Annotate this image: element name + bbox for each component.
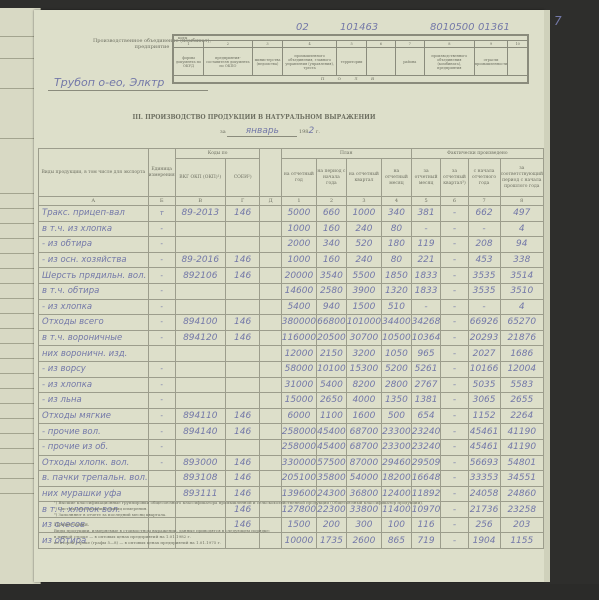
fact-prev-cell: 1155 <box>500 533 543 549</box>
plan-quarter-cell: 87000 <box>346 455 381 471</box>
fact-quarter-cell: - <box>441 377 468 393</box>
year-value: 2 <box>308 126 314 136</box>
soei-code-cell <box>225 377 260 393</box>
product-name-cell: Шерсть прядильн. вол. <box>39 268 149 284</box>
fact-quarter-cell: - <box>441 533 468 549</box>
codes-bottom-label: П О Л Я <box>174 76 528 83</box>
code-value-4: 02 <box>296 22 309 33</box>
soei-code-cell: 146 <box>225 330 260 346</box>
unit-cell: - <box>148 424 175 440</box>
soei-code-cell: 146 <box>225 455 260 471</box>
fact-ytd-cell: - <box>468 299 500 315</box>
plan-month-cell: 1320 <box>382 283 412 299</box>
plan-period-cell: 45400 <box>317 439 347 455</box>
fact-prev-cell: 497 <box>500 206 543 222</box>
table-row: Шерсть прядильн. вол.-892106146200003540… <box>39 268 544 284</box>
col-d-cell <box>260 330 281 346</box>
page-edge <box>544 10 550 582</box>
plan-period-cell: 660 <box>317 206 347 222</box>
footnotes: ¹) Высшие классификационные группировки … <box>54 500 423 546</box>
fact-quarter-cell: - <box>441 252 468 268</box>
unit-cell: - <box>148 455 175 471</box>
table-row: - прочие из об.-258000454006870023300232… <box>39 439 544 455</box>
fact-quarter-cell: - <box>441 439 468 455</box>
fact-prev-cell: 94 <box>500 237 543 253</box>
product-name-cell: в т.ч. из хлопка <box>39 221 149 237</box>
plan-year-cell: 258000 <box>281 439 316 455</box>
fact-month-cell: - <box>411 299 441 315</box>
plan-period-cell: 160 <box>317 252 347 268</box>
table-row: - из хлопка-310005400820028002767-503555… <box>39 377 544 393</box>
fact-month-cell: 381 <box>411 206 441 222</box>
col-group-fact: Фактически произведено <box>411 149 543 159</box>
section-title: III. ПРОИЗВОДСТВО ПРОДУКЦИИ В НАТУРАЛЬНО… <box>104 114 404 121</box>
plan-quarter-cell: 1000 <box>346 206 381 222</box>
product-name-cell: - прочие из об. <box>39 439 149 455</box>
plan-period-cell: 5400 <box>317 377 347 393</box>
letter: Д <box>260 197 281 206</box>
plan-quarter-cell: 3200 <box>346 346 381 362</box>
soei-code-cell <box>225 221 260 237</box>
table-row: - из ворсу-58000101001530052005261-10166… <box>39 361 544 377</box>
vkg-code-cell <box>175 221 225 237</box>
plan-year-cell: 31000 <box>281 377 316 393</box>
soei-code-cell: 146 <box>225 252 260 268</box>
table-row: в т.ч. из хлопка-100016024080---4 <box>39 221 544 237</box>
fact-quarter-cell: - <box>441 424 468 440</box>
product-name-cell: них вороничн. изд. <box>39 346 149 362</box>
unit-cell: - <box>148 268 175 284</box>
col-d-cell <box>260 471 281 487</box>
plan-month-cell: 18200 <box>382 471 412 487</box>
fact-ytd-cell: 10166 <box>468 361 500 377</box>
vkg-code-cell <box>175 346 225 362</box>
code-col-label: промышленного объединения, главного упра… <box>283 48 337 76</box>
col-d-cell <box>260 221 281 237</box>
col-d-cell <box>260 299 281 315</box>
soei-code-cell <box>225 237 260 253</box>
code-col-label: отрасли промышленности <box>474 48 508 76</box>
fact-prev-cell: 5583 <box>500 377 543 393</box>
col-d-cell <box>260 346 281 362</box>
plan-month-cell: 180 <box>382 237 412 253</box>
soei-code-cell <box>225 283 260 299</box>
plan-year-cell: 330000 <box>281 455 316 471</box>
product-name-cell: - из обтира <box>39 237 149 253</box>
fact-prev-cell: 2264 <box>500 408 543 424</box>
plan-year-cell: 15000 <box>281 393 316 409</box>
plan-year-cell: 5000 <box>281 206 316 222</box>
column-letter-row: А Б В Г Д 1 2 3 4 5 6 7 8 <box>39 197 544 206</box>
plan-period-cell: 940 <box>317 299 347 315</box>
fact-quarter-cell: - <box>441 346 468 362</box>
fact-quarter-cell: - <box>441 268 468 284</box>
form-page: 7 Производственное объединение (комбинат… <box>34 10 544 582</box>
plan-quarter-cell: 54000 <box>346 471 381 487</box>
product-name-cell: - из осн. хозяйства <box>39 252 149 268</box>
vkg-code-cell: 894110 <box>175 408 225 424</box>
vkg-code-cell: 894140 <box>175 424 225 440</box>
plan-month-cell: 1350 <box>382 393 412 409</box>
fact-ytd-cell: 453 <box>468 252 500 268</box>
col-d-cell <box>260 455 281 471</box>
plan-period-cell: 45400 <box>317 424 347 440</box>
plan-month-cell: 80 <box>382 252 412 268</box>
letter: Г <box>225 197 260 206</box>
plan-period-cell: 20500 <box>317 330 347 346</box>
plan-year-cell: 2000 <box>281 237 316 253</box>
vkg-code-cell <box>175 393 225 409</box>
plan-quarter-cell: 240 <box>346 221 381 237</box>
vkg-code-cell: 894120 <box>175 330 225 346</box>
letter: 4 <box>382 197 412 206</box>
fact-ytd-cell: 5035 <box>468 377 500 393</box>
soei-code-cell <box>225 393 260 409</box>
col-fact-prev: за соответствующий период с начала прошл… <box>500 159 543 197</box>
page-number: 7 <box>554 14 562 28</box>
fact-month-cell: 34268 <box>411 315 441 331</box>
table-row: - из обтира-2000340520180119-20894 <box>39 237 544 253</box>
soei-code-cell: 146 <box>225 268 260 284</box>
report-period: за январь 1982 г. <box>220 126 320 137</box>
plan-year-cell: 1000 <box>281 252 316 268</box>
fact-month-cell: 16648 <box>411 471 441 487</box>
col-d-cell <box>260 408 281 424</box>
soei-code-cell <box>225 439 260 455</box>
vkg-code-cell <box>175 283 225 299</box>
code-col-label: территории <box>336 48 366 76</box>
vkg-code-cell: 893000 <box>175 455 225 471</box>
table-row: Отходы хлопк. вол.-893000146330000575008… <box>39 455 544 471</box>
code-value-5: 101463 <box>340 22 378 33</box>
table-row: Отходы мягкие-89411014660001100160050065… <box>39 408 544 424</box>
vkg-code-cell <box>175 361 225 377</box>
fact-ytd-cell: 24058 <box>468 486 500 502</box>
plan-year-cell: 58000 <box>281 361 316 377</box>
fact-ytd-cell: 3535 <box>468 268 500 284</box>
col-d-cell <box>260 268 281 284</box>
col-vkg: ВКГ ОКП (ОКП)¹) <box>175 159 225 197</box>
product-name-cell: в т.ч. обтира <box>39 283 149 299</box>
soei-code-cell <box>225 299 260 315</box>
vkg-code-cell <box>175 377 225 393</box>
plan-year-cell: 205100 <box>281 471 316 487</box>
plan-month-cell: 340 <box>382 206 412 222</box>
col-d-cell <box>260 315 281 331</box>
fact-prev-cell: 12004 <box>500 361 543 377</box>
period-prefix: за <box>220 129 226 135</box>
year-suffix: г. <box>316 129 320 135</box>
plan-month-cell: 1050 <box>382 346 412 362</box>
fact-prev-cell: 4 <box>500 299 543 315</box>
unit-cell: - <box>148 330 175 346</box>
plan-month-cell: 5200 <box>382 361 412 377</box>
col-d-cell <box>260 206 281 222</box>
code-col-label: министерства (ведомства) <box>252 48 283 76</box>
col-unit: Единица измерения <box>148 149 175 197</box>
fact-month-cell: - <box>411 221 441 237</box>
plan-quarter-cell: 1600 <box>346 408 381 424</box>
soei-code-cell <box>225 361 260 377</box>
fact-prev-cell: 54801 <box>500 455 543 471</box>
letter: 5 <box>411 197 441 206</box>
fact-quarter-cell: - <box>441 486 468 502</box>
product-name-cell: - из хлопка <box>39 299 149 315</box>
code-col-label <box>508 48 528 76</box>
note: во второй строке (графы 5—8) — в оптовых… <box>54 540 423 546</box>
product-name-cell: в. пачки трепальн. вол. <box>39 471 149 487</box>
product-name-cell: Отходы хлопк. вол. <box>39 455 149 471</box>
plan-period-cell: 10100 <box>317 361 347 377</box>
col-d-cell <box>260 439 281 455</box>
col-fact-month: за отчетный месяц <box>411 159 441 197</box>
plan-year-cell: 20000 <box>281 268 316 284</box>
letter: 6 <box>441 197 468 206</box>
fact-month-cell: 1381 <box>411 393 441 409</box>
vkg-code-cell: 893108 <box>175 471 225 487</box>
unit-cell: - <box>148 408 175 424</box>
code-col-label <box>367 48 395 76</box>
plan-period-cell: 2150 <box>317 346 347 362</box>
vkg-code-cell: 892106 <box>175 268 225 284</box>
fact-quarter-cell: - <box>441 315 468 331</box>
plan-year-cell: 12000 <box>281 346 316 362</box>
table-row: - из хлопка-54009401500510---4 <box>39 299 544 315</box>
soei-code-cell: 146 <box>225 408 260 424</box>
col-d-cell <box>260 283 281 299</box>
plan-period-cell: 57500 <box>317 455 347 471</box>
table-row: - из осн. хозяйства-89-20161461000160240… <box>39 252 544 268</box>
code-col-label: формы документа по ОКУД <box>174 48 204 76</box>
letter: А <box>39 197 149 206</box>
fact-ytd-cell: 33353 <box>468 471 500 487</box>
org-underline <box>48 90 208 91</box>
plan-quarter-cell: 240 <box>346 252 381 268</box>
fact-prev-cell: 2655 <box>500 393 543 409</box>
plan-quarter-cell: 101000 <box>346 315 381 331</box>
col-fact-quarter: за отчетный квартал³) <box>441 159 468 197</box>
fact-ytd-cell: 1904 <box>468 533 500 549</box>
vkg-code-cell: 894100 <box>175 315 225 331</box>
product-name-cell: - прочие вол. <box>39 424 149 440</box>
col-d-cell <box>260 424 281 440</box>
code-value-9: 01361 <box>478 22 510 33</box>
plan-month-cell: 1850 <box>382 268 412 284</box>
plan-quarter-cell: 3900 <box>346 283 381 299</box>
vkg-code-cell <box>175 237 225 253</box>
fact-quarter-cell: - <box>441 299 468 315</box>
plan-year-cell: 1000 <box>281 221 316 237</box>
col-group-codes: Коды по <box>175 149 260 159</box>
letter: 7 <box>468 197 500 206</box>
unit-cell: - <box>148 221 175 237</box>
vkg-code-cell <box>175 439 225 455</box>
codes-table: коды 1 2 3 4 5 6 7 8 9 10 формы документ… <box>172 34 529 84</box>
fact-quarter-cell: - <box>441 221 468 237</box>
plan-month-cell: 510 <box>382 299 412 315</box>
fact-ytd-cell: 3065 <box>468 393 500 409</box>
plan-period-cell: 1100 <box>317 408 347 424</box>
plan-month-cell: 29460 <box>382 455 412 471</box>
table-row: в т.ч. обтира-146002580390013201833-3535… <box>39 283 544 299</box>
plan-year-cell: 258000 <box>281 424 316 440</box>
letter: 8 <box>500 197 543 206</box>
fact-ytd-cell: 662 <box>468 206 500 222</box>
col-d-cell <box>260 377 281 393</box>
fact-prev-cell: 338 <box>500 252 543 268</box>
col-d-cell <box>260 393 281 409</box>
fact-ytd-cell: 1152 <box>468 408 500 424</box>
unit-cell: - <box>148 439 175 455</box>
product-name-cell: - из ворсу <box>39 361 149 377</box>
fact-month-cell: 221 <box>411 252 441 268</box>
unit-cell: - <box>148 393 175 409</box>
fact-quarter-cell: - <box>441 361 468 377</box>
fact-ytd-cell: 21736 <box>468 502 500 518</box>
fact-month-cell: 23240 <box>411 424 441 440</box>
footnote: ³) Заполняют в отчете за последний месяц… <box>54 512 423 518</box>
plan-month-cell: 80 <box>382 221 412 237</box>
plan-period-cell: 66800 <box>317 315 347 331</box>
fact-quarter-cell: - <box>441 502 468 518</box>
fact-ytd-cell: 20293 <box>468 330 500 346</box>
col-blank <box>260 149 281 197</box>
soei-code-cell: 146 <box>225 315 260 331</box>
table-row: Отходы всего-894100146380000668001010003… <box>39 315 544 331</box>
plan-year-cell: 5400 <box>281 299 316 315</box>
fact-month-cell: 29509 <box>411 455 441 471</box>
plan-year-cell: 14600 <box>281 283 316 299</box>
fact-quarter-cell: - <box>441 471 468 487</box>
fact-quarter-cell: - <box>441 283 468 299</box>
table-row: в т.ч. вороничные-8941201461160002050030… <box>39 330 544 346</box>
plan-quarter-cell: 30700 <box>346 330 381 346</box>
vkg-code-cell: 89-2016 <box>175 252 225 268</box>
fact-quarter-cell: - <box>441 517 468 533</box>
org-name: Трубоп о-ео, Элктр <box>54 76 164 89</box>
plan-quarter-cell: 68700 <box>346 439 381 455</box>
col-plan-month: на отчетный месяц <box>382 159 412 197</box>
unit-cell: - <box>148 283 175 299</box>
production-table: Виды продукции, в том числе для экспорта… <box>38 148 544 549</box>
product-name-cell: - из льна <box>39 393 149 409</box>
product-name-cell: Тракс. прицеп-вал <box>39 206 149 222</box>
plan-month-cell: 500 <box>382 408 412 424</box>
fact-quarter-cell: - <box>441 206 468 222</box>
letter: 3 <box>346 197 381 206</box>
fact-prev-cell: 24860 <box>500 486 543 502</box>
unit-cell <box>148 471 175 487</box>
product-name-cell: Отходы мягкие <box>39 408 149 424</box>
vkg-code-cell: 89-2013 <box>175 206 225 222</box>
col-plan-period: на период с начала года <box>317 159 347 197</box>
plan-month-cell: 23300 <box>382 439 412 455</box>
letter: 1 <box>281 197 316 206</box>
unit-cell: - <box>148 299 175 315</box>
plan-year-cell: 116000 <box>281 330 316 346</box>
fact-ytd-cell: 66926 <box>468 315 500 331</box>
fact-quarter-cell: - <box>441 455 468 471</box>
fact-prev-cell: 203 <box>500 517 543 533</box>
fact-month-cell: 1833 <box>411 268 441 284</box>
plan-period-cell: 3540 <box>317 268 347 284</box>
plan-year-cell: 380000 <box>281 315 316 331</box>
soei-code-cell: 146 <box>225 424 260 440</box>
fact-month-cell: 965 <box>411 346 441 362</box>
plan-period-cell: 35800 <box>317 471 347 487</box>
plan-month-cell: 34400 <box>382 315 412 331</box>
fact-prev-cell: 4 <box>500 221 543 237</box>
col-soei: СОЕИ²) <box>225 159 260 197</box>
fact-month-cell: 23240 <box>411 439 441 455</box>
plan-month-cell: 10500 <box>382 330 412 346</box>
code-value-8: 8010500 <box>430 22 475 33</box>
table-row: в. пачки трепальн. вол.89310814620510035… <box>39 471 544 487</box>
plan-quarter-cell: 5500 <box>346 268 381 284</box>
fact-quarter-cell: - <box>441 408 468 424</box>
col-fact-ytd: с начала отчетного года <box>468 159 500 197</box>
vkg-code-cell <box>175 299 225 315</box>
unit-cell: - <box>148 237 175 253</box>
plan-period-cell: 340 <box>317 237 347 253</box>
plan-year-cell: 6000 <box>281 408 316 424</box>
table-row: Тракс. прицеп-валт89-2013146500066010003… <box>39 206 544 222</box>
fact-ytd-cell: 3535 <box>468 283 500 299</box>
fact-quarter-cell: - <box>441 393 468 409</box>
fact-prev-cell: 23258 <box>500 502 543 518</box>
plan-quarter-cell: 8200 <box>346 377 381 393</box>
unit-cell: - <box>148 252 175 268</box>
fact-month-cell: 1833 <box>411 283 441 299</box>
fact-ytd-cell: 45461 <box>468 424 500 440</box>
plan-month-cell: 2800 <box>382 377 412 393</box>
letter: Б <box>148 197 175 206</box>
product-name-cell: - из хлопка <box>39 377 149 393</box>
col-d-cell <box>260 237 281 253</box>
table-row: - из льна-150002650400013501381-30652655 <box>39 393 544 409</box>
letter: 2 <box>317 197 347 206</box>
table-row: них вороничн. изд.12000215032001050965-2… <box>39 346 544 362</box>
code-col-label: производственного объединения (комбината… <box>424 48 474 76</box>
fact-ytd-cell: 45461 <box>468 439 500 455</box>
period-month: январь <box>227 126 297 137</box>
unit-cell: - <box>148 361 175 377</box>
fact-prev-cell: 3514 <box>500 268 543 284</box>
unit-cell: - <box>148 377 175 393</box>
col-plan-year: на отчетный год <box>281 159 316 197</box>
fact-prev-cell: 21876 <box>500 330 543 346</box>
letter: В <box>175 197 225 206</box>
product-name-cell: в т.ч. вороничные <box>39 330 149 346</box>
soei-code-cell <box>225 346 260 362</box>
unit-cell: т <box>148 206 175 222</box>
fact-ytd-cell: - <box>468 221 500 237</box>
fact-month-cell: 119 <box>411 237 441 253</box>
soei-code-cell: 146 <box>225 471 260 487</box>
plan-quarter-cell: 1500 <box>346 299 381 315</box>
fact-ytd-cell: 56693 <box>468 455 500 471</box>
fact-month-cell: 10364 <box>411 330 441 346</box>
soei-code-cell: 146 <box>225 206 260 222</box>
code-col-label: предприятия-составителя документа по ОКП… <box>204 48 253 76</box>
col-product: Виды продукции, в том числе для экспорта <box>39 149 149 197</box>
fact-prev-cell: 41190 <box>500 439 543 455</box>
fact-ytd-cell: 2027 <box>468 346 500 362</box>
col-d-cell <box>260 252 281 268</box>
fact-month-cell: 654 <box>411 408 441 424</box>
col-plan-quarter: на отчетный квартал <box>346 159 381 197</box>
product-name-cell: Отходы всего <box>39 315 149 331</box>
